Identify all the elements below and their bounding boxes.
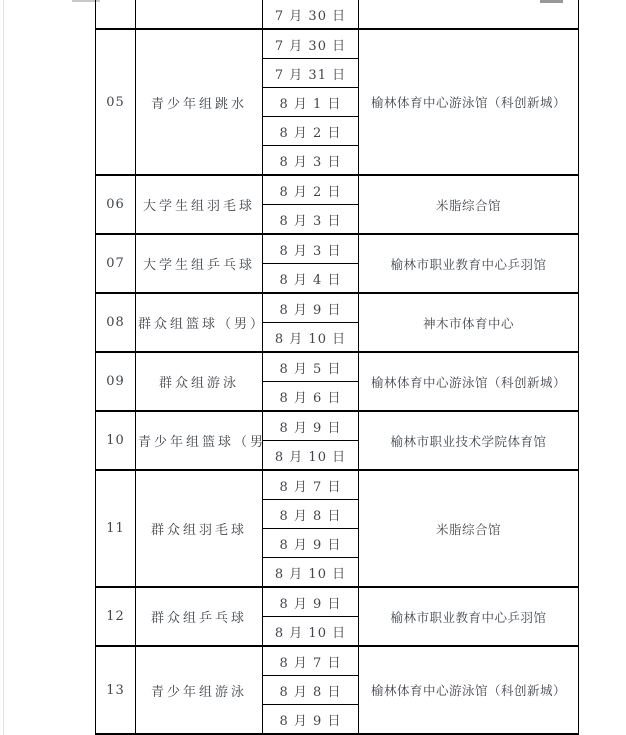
no-cell: 11 — [96, 470, 136, 587]
venue-cell: 榆林市职业技术学院体育馆 — [359, 411, 579, 470]
event-schedule-table: 7 月 30 日05青少年组跳水7 月 30 日榆林体育中心游泳馆（科创新城）7… — [95, 0, 579, 735]
no-cell: 07 — [96, 234, 136, 293]
date-cell: 8 月 2 日 — [263, 175, 359, 205]
date-cell: 8 月 10 日 — [263, 323, 359, 353]
date-cell: 8 月 7 日 — [263, 470, 359, 500]
venue-cell: 榆林体育中心游泳馆（科创新城） — [359, 352, 579, 411]
table-row: 07大学生组乒乓球8 月 3 日榆林市职业教育中心乒羽馆 — [96, 234, 579, 264]
clipped-table-row: 7 月 30 日 — [96, 0, 579, 29]
event-cell: 群众组篮球（男） — [136, 293, 263, 352]
date-cell: 8 月 3 日 — [263, 146, 359, 176]
venue-cell — [359, 0, 579, 29]
date-cell: 7 月 30 日 — [263, 29, 359, 59]
schedule-table-body: 7 月 30 日05青少年组跳水7 月 30 日榆林体育中心游泳馆（科创新城）7… — [96, 0, 579, 734]
event-cell: 青少年组游泳 — [136, 646, 263, 734]
date-cell: 8 月 9 日 — [263, 705, 359, 735]
no-cell — [96, 0, 136, 29]
date-cell: 8 月 3 日 — [263, 234, 359, 264]
date-cell: 8 月 8 日 — [263, 676, 359, 705]
table-row: 05青少年组跳水7 月 30 日榆林体育中心游泳馆（科创新城） — [96, 29, 579, 59]
venue-cell: 榆林体育中心游泳馆（科创新城） — [359, 646, 579, 734]
no-cell: 12 — [96, 587, 136, 646]
date-cell: 8 月 9 日 — [263, 411, 359, 441]
event-cell: 群众组乒乓球 — [136, 587, 263, 646]
no-cell: 10 — [96, 411, 136, 470]
date-cell: 8 月 7 日 — [263, 646, 359, 676]
date-cell: 8 月 9 日 — [263, 293, 359, 323]
date-cell: 8 月 10 日 — [263, 558, 359, 588]
no-cell: 09 — [96, 352, 136, 411]
event-cell: 群众组羽毛球 — [136, 470, 263, 587]
venue-cell: 米脂综合馆 — [359, 470, 579, 587]
table-row: 09群众组游泳8 月 5 日榆林体育中心游泳馆（科创新城） — [96, 352, 579, 382]
event-cell: 群众组游泳 — [136, 352, 263, 411]
no-cell: 13 — [96, 646, 136, 734]
date-cell: 8 月 2 日 — [263, 117, 359, 146]
table-row: 11群众组羽毛球8 月 7 日米脂综合馆 — [96, 470, 579, 500]
event-cell: 青少年组篮球（男） — [136, 411, 263, 470]
event-cell: 青少年组跳水 — [136, 29, 263, 175]
date-cell: 7 月 30 日 — [263, 0, 359, 29]
date-cell: 8 月 8 日 — [263, 500, 359, 529]
date-cell: 8 月 4 日 — [263, 264, 359, 294]
date-cell: 8 月 1 日 — [263, 88, 359, 117]
date-cell: 8 月 9 日 — [263, 529, 359, 558]
table-row: 10青少年组篮球（男）8 月 9 日榆林市职业技术学院体育馆 — [96, 411, 579, 441]
no-cell: 06 — [96, 175, 136, 234]
date-cell: 8 月 9 日 — [263, 587, 359, 617]
event-cell: 大学生组乒乓球 — [136, 234, 263, 293]
table-row: 12群众组乒乓球8 月 9 日榆林市职业教育中心乒羽馆 — [96, 587, 579, 617]
event-cell — [136, 0, 263, 29]
page-edge-line — [3, 0, 4, 735]
table-row: 08群众组篮球（男）8 月 9 日神木市体育中心 — [96, 293, 579, 323]
date-cell: 8 月 10 日 — [263, 441, 359, 471]
date-cell: 8 月 6 日 — [263, 382, 359, 412]
no-cell: 08 — [96, 293, 136, 352]
venue-cell: 榆林市职业教育中心乒羽馆 — [359, 587, 579, 646]
venue-cell: 榆林市职业教育中心乒羽馆 — [359, 234, 579, 293]
no-cell: 05 — [96, 29, 136, 175]
venue-cell: 神木市体育中心 — [359, 293, 579, 352]
document-page: 7 月 30 日05青少年组跳水7 月 30 日榆林体育中心游泳馆（科创新城）7… — [0, 0, 626, 735]
table-row: 06大学生组羽毛球8 月 2 日米脂综合馆 — [96, 175, 579, 205]
date-cell: 7 月 31 日 — [263, 59, 359, 88]
date-cell: 8 月 3 日 — [263, 205, 359, 235]
venue-cell: 榆林体育中心游泳馆（科创新城） — [359, 29, 579, 175]
venue-cell: 米脂综合馆 — [359, 175, 579, 234]
table-row: 13青少年组游泳8 月 7 日榆林体育中心游泳馆（科创新城） — [96, 646, 579, 676]
date-cell: 8 月 10 日 — [263, 617, 359, 647]
date-cell: 8 月 5 日 — [263, 352, 359, 382]
event-cell: 大学生组羽毛球 — [136, 175, 263, 234]
